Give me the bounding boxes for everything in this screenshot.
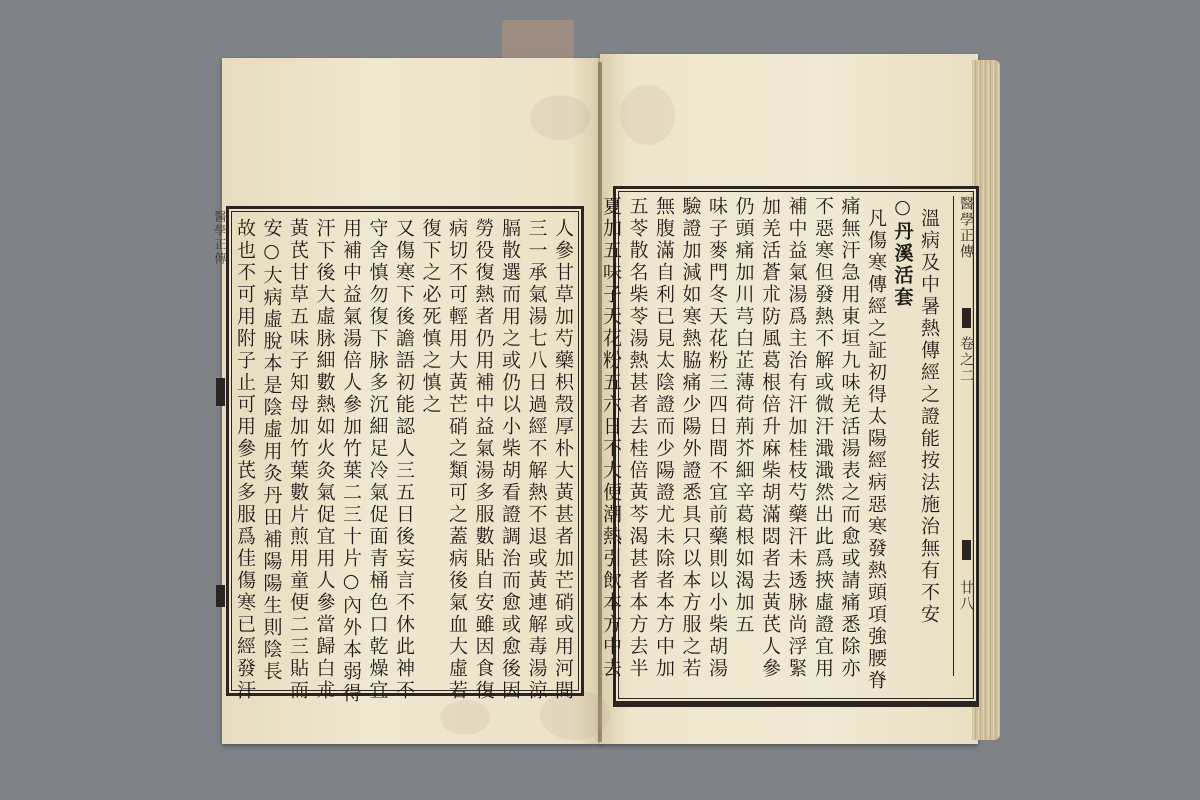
- left-page-text: 人參甘草加芍藥枳殼厚朴大黃甚者加芒硝或用河間 三一承氣湯七八日過經不解熱不退或黃…: [236, 218, 576, 684]
- text-column: 勞役復熱者仍用補中益氣湯多服數貼自安雖因食復: [470, 218, 497, 684]
- text-column: 故也不可用附子止可用參芪多服爲佳傷寒已經發汗: [232, 218, 259, 684]
- text-column: 三一承氣湯七八日過經不解熱不退或黃連解毒湯涼: [523, 218, 550, 684]
- text-column: 補中益氣湯爲主治有汗加桂枝芍藥汗未透脉尚浮緊: [783, 196, 810, 686]
- text-column: 又傷寒下後譫語初能認人三五日後妄言不休此神不: [391, 218, 418, 684]
- paper-stain: [620, 85, 675, 145]
- text-column: 人參甘草加芍藥枳殼厚朴大黃甚者加芒硝或用河間: [550, 218, 577, 684]
- text-column: 膈散選而用之或仍以小柴胡看證調治而愈或愈後因: [497, 218, 524, 684]
- text-column: 守舍慎勿復下脉多沉細足冷氣促面青桶色口乾燥宜: [364, 218, 391, 684]
- text-column: 病切不可輕用大黃芒硝之類可之蓋病後氣血大虛若: [444, 218, 471, 684]
- text-column: 無腹滿自利已見太陰證而少陽證尤未除者本方中加: [651, 196, 678, 686]
- right-page-text: 溫病及中暑熱傳經之證能按法施治無有不安 ○丹溪活套 凡傷寒傳經之証初得太陽經病惡…: [622, 196, 942, 686]
- margin-page-number: 廿八: [958, 580, 974, 612]
- section-heading: ○丹溪活套: [889, 196, 916, 686]
- text-column: 仍頭痛加川芎白芷薄荷荊芥細辛葛根如渴加五: [730, 196, 757, 686]
- text-column: 用補中益氣湯倍人參加竹葉二三十片○內外本弱得: [338, 218, 365, 684]
- margin-fish-tail-mark: [216, 585, 225, 607]
- text-column: 安○大病虛脫本是陰虛用灸丹田補陽陽生則陰長: [258, 218, 285, 684]
- text-column: 五苓散名柴苓湯熱甚者去桂倍黃芩渴甚者本方去半: [624, 196, 651, 686]
- paper-stain: [530, 95, 590, 140]
- paper-stain: [540, 690, 610, 740]
- text-column: 加羌活蒼朮防風葛根倍升麻柴胡滿悶者去黃芪人參: [757, 196, 784, 686]
- text-column: 夏加五味子天花粉五六日不大便潮熱引飲本方中去: [598, 196, 625, 686]
- text-column: 溫病及中暑熱傳經之證能按法施治無有不安: [916, 196, 943, 686]
- text-column: 味子麥門冬天花粉三四日間不宜前藥則以小柴胡湯: [704, 196, 731, 686]
- paper-stain: [440, 700, 490, 735]
- right-margin-banxin: 醫學正傳 卷之二 廿八: [953, 196, 976, 676]
- margin-book-title: 醫學正傳: [958, 196, 974, 260]
- text-column: 痛無汗急用東垣九味羌活湯表之而愈或請痛悉除亦: [836, 196, 863, 686]
- margin-fish-tail-mark: [962, 308, 971, 328]
- margin-fish-tail-mark: [216, 378, 225, 406]
- margin-fish-tail-mark: [962, 540, 971, 560]
- text-column: 復下之必死慎之慎之: [417, 218, 444, 684]
- left-margin-title: 醫學正傳: [212, 210, 229, 680]
- text-column: 黃芪甘草五味子知母加竹葉數片煎用童便二三貼而: [285, 218, 312, 684]
- text-column: 驗證加減如寒熱脇痛少陽外證悉具只以本方服之若: [677, 196, 704, 686]
- text-column: 凡傷寒傳經之証初得太陽經病惡寒發熱頭項強腰脊: [863, 196, 890, 686]
- margin-volume-label: 卷之二: [958, 336, 974, 384]
- text-column: 不惡寒但發熱不解或微汗濈濈然出此爲挾虛證宜用: [810, 196, 837, 686]
- text-column: 汗下後大虛脉細數熱如火灸氣促宜用人參當歸白朮: [311, 218, 338, 684]
